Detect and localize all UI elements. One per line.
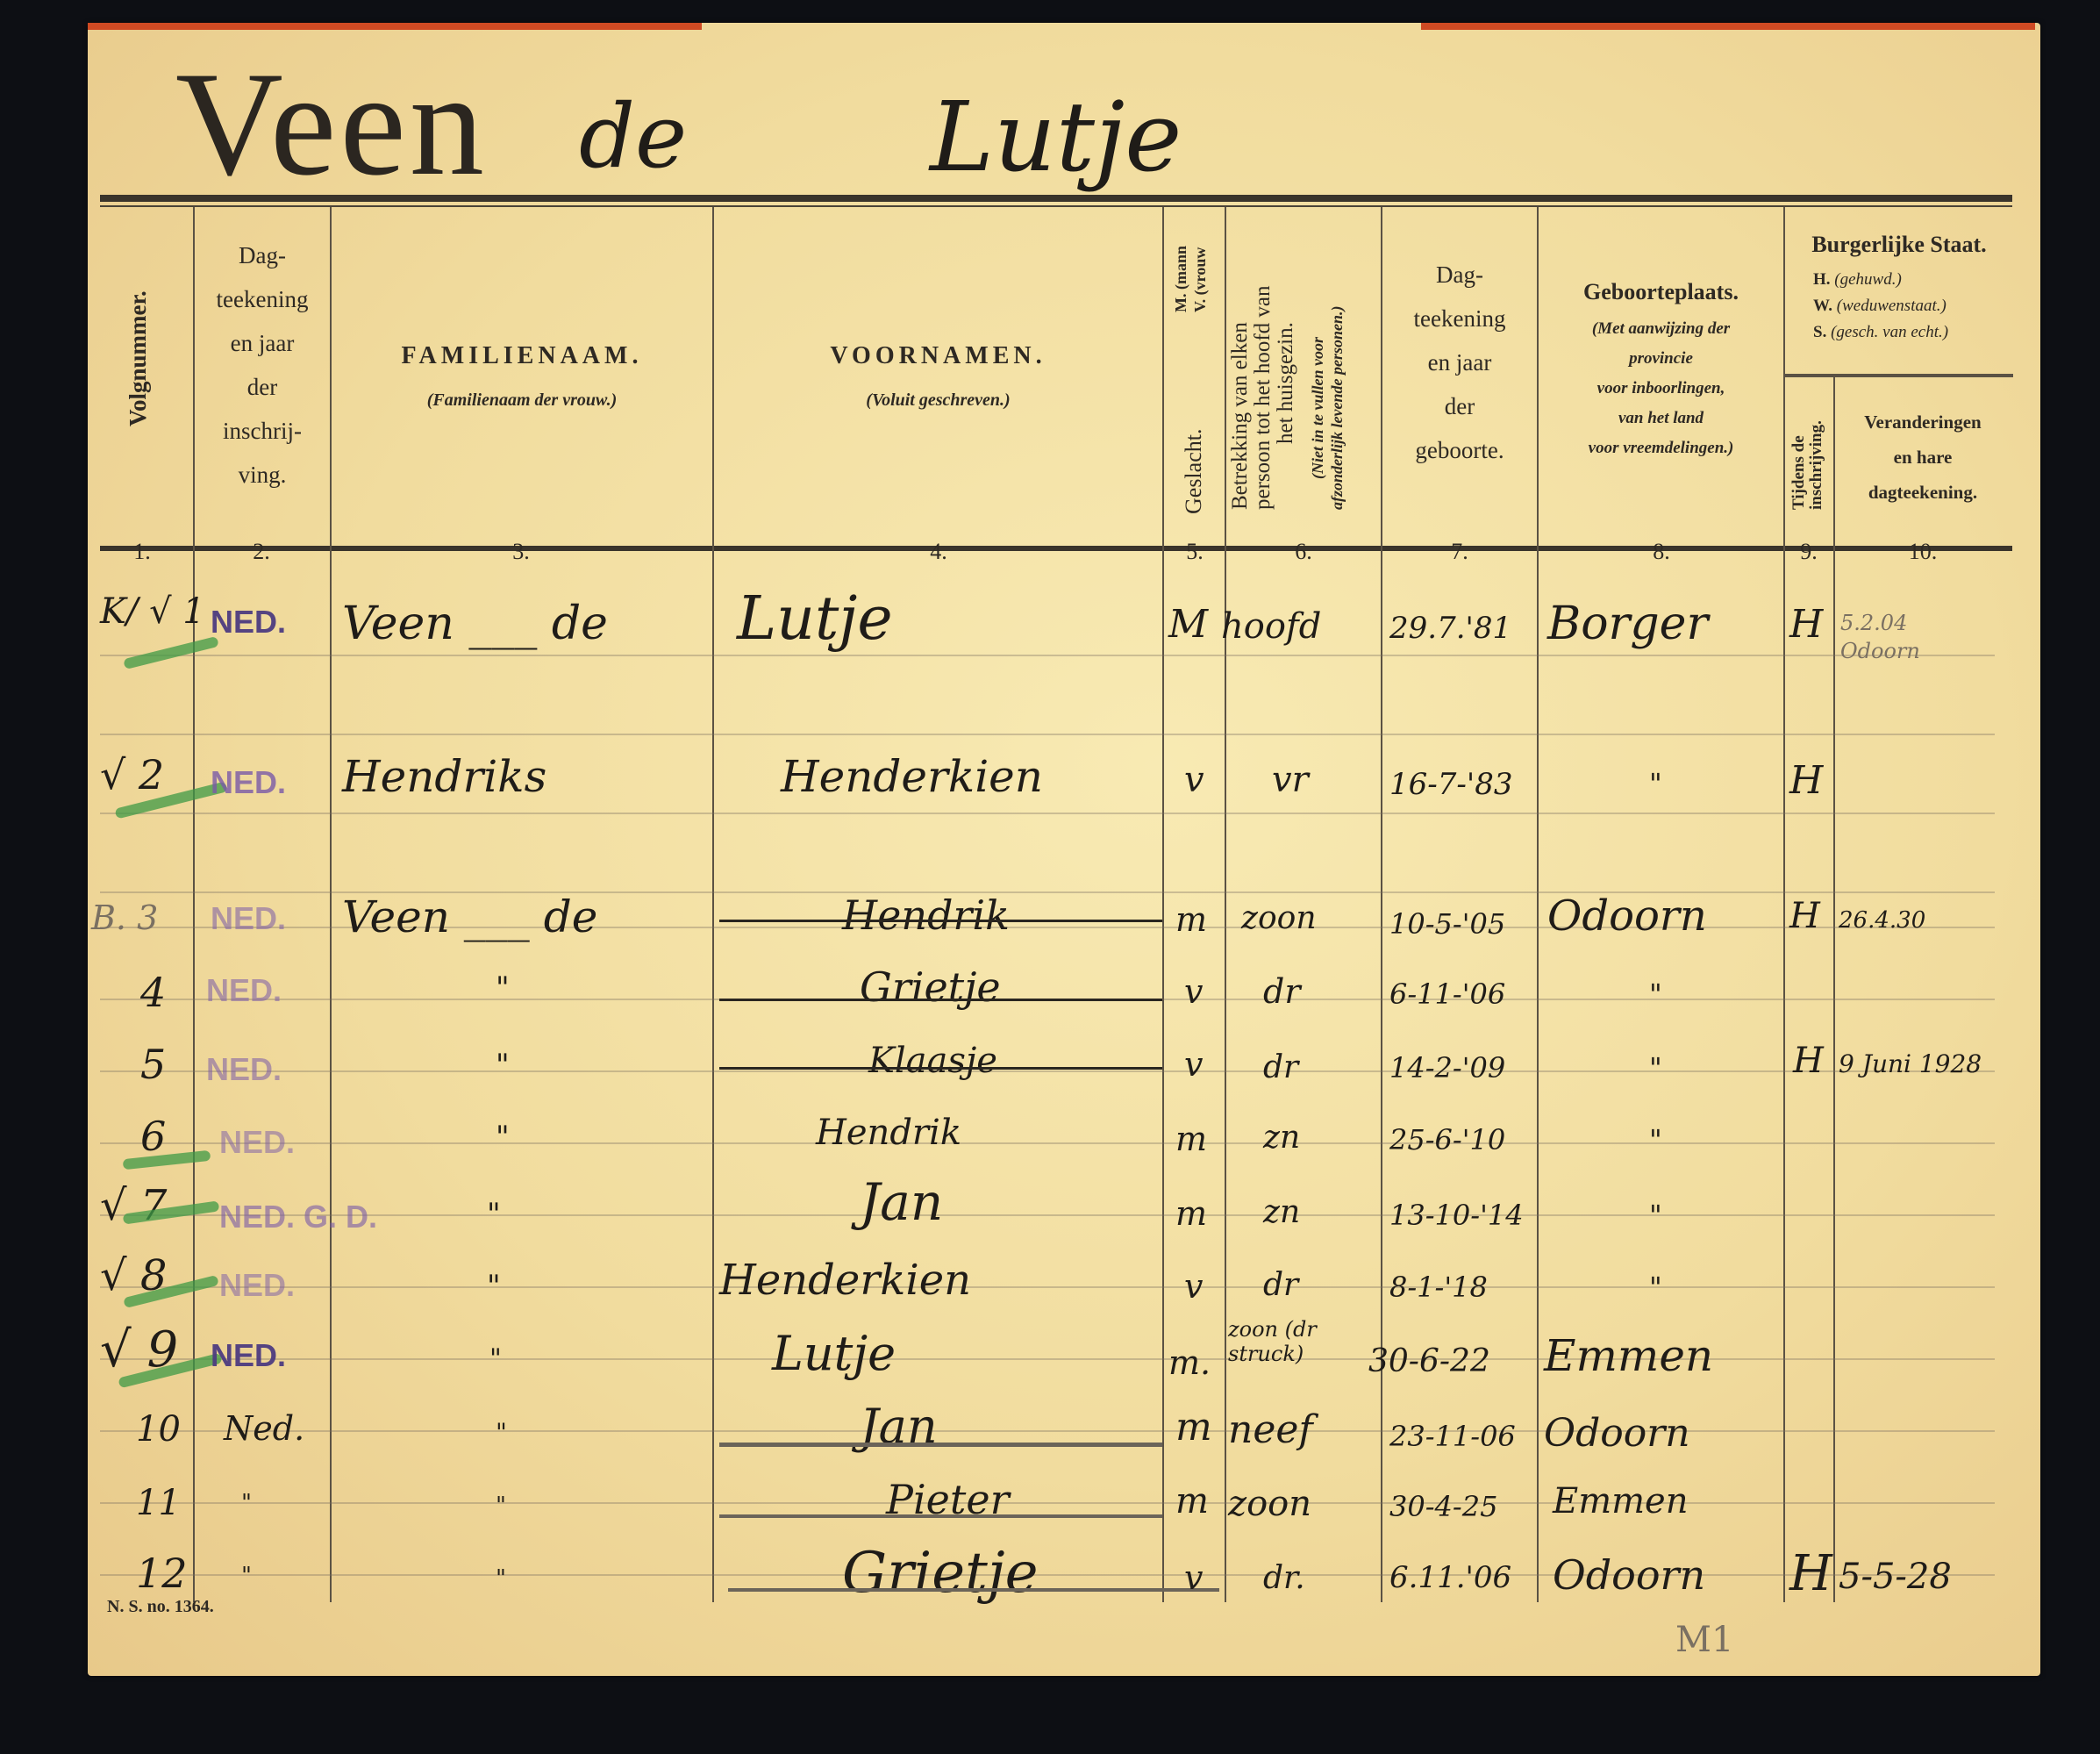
betrekking: dr — [1263, 1267, 1298, 1303]
header-veranderingen: Veranderingen en hare dagteekening. — [1835, 404, 2011, 510]
margin-note: M1 — [1675, 1620, 1733, 1660]
burgerlijke-staat: H — [1789, 896, 1820, 936]
geslacht: m — [1175, 1194, 1207, 1233]
voornamen: Hendrik — [842, 891, 1010, 939]
betrekking: zoon — [1241, 900, 1317, 936]
header-geslacht-v: V. (vrouw — [1191, 247, 1210, 312]
familienaam: " — [496, 1418, 507, 1447]
veranderingen: 9 Juni 1928 — [1839, 1049, 1982, 1078]
header-betrekking-2: persoon tot het hoofd van — [1251, 285, 1275, 510]
green-check-mark — [123, 636, 219, 669]
geboortedatum: 6-11-'06 — [1389, 977, 1505, 1011]
betrekking: dr — [1263, 972, 1301, 1011]
row-line — [100, 1502, 1995, 1504]
voornamen: Grietje — [860, 963, 1001, 1011]
row-number: B. 3 — [91, 898, 158, 937]
familienaam: " — [489, 1343, 502, 1374]
green-check-mark — [123, 1150, 211, 1170]
nationality-handwritten: " — [241, 1563, 252, 1589]
nationality-stamp: NED. — [219, 1124, 295, 1161]
veranderingen: 5-5-28 — [1839, 1557, 1952, 1597]
row-line — [100, 1430, 1995, 1432]
betrekking: zoon (dr struck) — [1228, 1317, 1360, 1366]
geslacht: v — [1184, 1558, 1203, 1597]
row-number: 5 — [140, 1041, 166, 1088]
voornamen: Jan — [860, 1172, 943, 1232]
header-betrekking-note-2: afzonderlijk levende personen.) — [1328, 306, 1346, 510]
row-number: K/ √ 1 — [100, 591, 205, 632]
familienaam: " — [487, 1197, 501, 1232]
veranderingen: 5.2.04 Odoorn — [1840, 609, 1989, 665]
geslacht: m — [1175, 1481, 1209, 1521]
burgerlijke-staat: H — [1789, 1545, 1832, 1602]
geslacht: M — [1168, 602, 1208, 647]
row-number: 12 — [136, 1550, 188, 1597]
header-top-rule — [100, 195, 2012, 202]
geboortedatum: 30-6-22 — [1368, 1343, 1490, 1379]
header-betrekking-1: Betrekking van elken — [1228, 322, 1253, 510]
column-number: 8. — [1653, 539, 1670, 565]
column-number: 6. — [1295, 539, 1312, 565]
voornamen: Lutje — [772, 1326, 896, 1381]
familienaam: " — [496, 1493, 506, 1519]
row-number: 10 — [136, 1409, 181, 1450]
nationality-stamp: NED. — [206, 1051, 282, 1088]
geboorteplaats: " — [1649, 767, 1662, 800]
veranderingen: 26.4.30 — [1839, 907, 1925, 934]
strike-through-line — [719, 999, 1162, 1001]
nationality-handwritten: " — [241, 1490, 252, 1516]
familienaam: " — [487, 1269, 501, 1304]
header-volgnummer: Volgnummer. — [125, 290, 152, 426]
nationality-stamp: NED. G. D. — [219, 1199, 377, 1235]
voornamen: Hendrik — [816, 1113, 961, 1153]
familienaam: " — [496, 1048, 510, 1083]
geslacht: m. — [1168, 1343, 1211, 1382]
betrekking: zoon — [1228, 1484, 1311, 1524]
geboortedatum: 6.11.'06 — [1389, 1560, 1511, 1595]
row-line — [100, 1070, 1995, 1072]
familienaam: Veen ___ de — [342, 891, 597, 942]
header-betrekking-3: het huisgezin. — [1274, 322, 1298, 444]
column-number: 3. — [512, 539, 530, 565]
familienaam: Hendriks — [342, 751, 546, 802]
geboorteplaats: Emmen — [1553, 1481, 1689, 1521]
voornamen: Klaasje — [868, 1041, 997, 1081]
betrekking: dr — [1263, 1049, 1298, 1085]
nationality-stamp: NED. — [206, 972, 282, 1009]
card-title-name: Lutje — [930, 89, 1182, 185]
betrekking: neef — [1228, 1407, 1313, 1452]
geslacht: v — [1184, 972, 1203, 1011]
burgerlijke-staat: H — [1793, 1041, 1824, 1081]
betrekking: zn — [1263, 1120, 1300, 1156]
header-voornamen: VOORNAMEN. (Voluit geschreven.) — [714, 334, 1162, 422]
row-number: √ 2 — [100, 751, 164, 798]
geslacht: v — [1184, 1267, 1203, 1306]
header-geslacht: Geslacht. — [1181, 429, 1207, 514]
column-number: 5. — [1186, 539, 1204, 565]
geboorteplaats: Odoorn — [1544, 1411, 1690, 1456]
nationality-stamp: NED. — [219, 1267, 295, 1304]
geslacht: m — [1175, 1405, 1212, 1450]
geslacht: v — [1184, 1045, 1203, 1084]
red-tab-right — [1421, 23, 2035, 30]
header-betrekking-note-1: (Niet in te vullen voor — [1309, 337, 1327, 479]
column-number: 9. — [1800, 539, 1818, 565]
row-line — [100, 1142, 1995, 1144]
row-line — [100, 655, 1995, 656]
column-number: 4. — [930, 539, 947, 565]
betrekking: vr — [1272, 760, 1309, 800]
header-familienaam: FAMILIENAAM. (Familienaam der vrouw.) — [332, 334, 712, 422]
header-top-rule-thin — [100, 205, 2012, 207]
geboorteplaats: Borger — [1547, 598, 1708, 650]
geboortedatum: 10-5-'05 — [1389, 907, 1505, 941]
familienaam: " — [496, 970, 510, 1006]
strike-through-line — [719, 1514, 1162, 1518]
geboorteplaats: Odoorn — [1553, 1551, 1705, 1599]
geboorteplaats: " — [1649, 1199, 1662, 1232]
geboortedatum: 29.7.'81 — [1389, 611, 1511, 646]
geboortedatum: 8-1-'18 — [1389, 1271, 1488, 1304]
geslacht: m — [1175, 1120, 1207, 1158]
form-code: N. S. no. 1364. — [107, 1597, 214, 1617]
geboorteplaats: Odoorn — [1547, 891, 1707, 941]
nationality-handwritten: Ned. — [224, 1409, 304, 1448]
population-register-card: Veen de Lutje Volgnummer. Dag- teekening… — [88, 23, 2040, 1676]
row-number: 4 — [140, 969, 166, 1016]
geboorteplaats: " — [1649, 977, 1662, 1011]
geboortedatum: 16-7-'83 — [1389, 767, 1512, 802]
column-number: 10. — [1909, 539, 1938, 565]
voornamen: Henderkien — [781, 751, 1043, 802]
geboorteplaats: " — [1649, 1051, 1662, 1085]
betrekking: hoofd — [1221, 606, 1321, 647]
nationality-stamp: NED. — [211, 604, 286, 641]
geboortedatum: 30-4-25 — [1389, 1490, 1497, 1523]
geboortedatum: 25-6-'10 — [1389, 1123, 1505, 1156]
geslacht: v — [1184, 760, 1204, 800]
geboortedatum: 13-10-'14 — [1389, 1199, 1524, 1232]
row-line — [100, 1286, 1995, 1288]
betrekking: zn — [1263, 1194, 1300, 1230]
col-divider — [1833, 376, 1835, 1602]
header-bottom-rule — [100, 546, 2012, 551]
column-number: 2. — [253, 539, 270, 565]
row-line — [100, 1574, 1995, 1576]
nationality-stamp: NED. — [211, 900, 286, 937]
geboortedatum: 14-2-'09 — [1389, 1051, 1505, 1085]
strike-through-line — [719, 920, 1162, 922]
burgerlijke-staat: H — [1789, 758, 1823, 803]
column-number: 7. — [1451, 539, 1468, 565]
nationality-stamp: NED. — [211, 764, 286, 801]
header-geslacht-m: M. (mann — [1172, 246, 1190, 312]
header-burgerlijke-staat: Burgerlijke Staat. H. (gehuwd.) W. (wedu… — [1785, 223, 2013, 346]
familienaam: Veen ___ de — [342, 598, 608, 650]
col-divider — [1783, 207, 1785, 1602]
geboortedatum: 23-11-06 — [1389, 1420, 1516, 1453]
header-dagteekening-geboorte: Dag- teekening en jaar der geboorte. — [1382, 253, 1537, 472]
strike-through-line — [719, 1443, 1162, 1447]
strike-through-line — [728, 1588, 1219, 1592]
geboorteplaats: " — [1649, 1123, 1662, 1156]
voornamen: Grietje — [842, 1541, 1039, 1606]
header-dagteekening-inschrijving: Dag- teekening en jaar der inschrij- vin… — [195, 233, 330, 497]
betrekking: dr. — [1263, 1560, 1305, 1596]
card-title-printed: Veen — [175, 49, 488, 198]
staat-sub-rule — [1783, 374, 2013, 377]
familienaam: " — [496, 1565, 506, 1592]
voornamen: Lutje — [737, 584, 893, 654]
familienaam: " — [496, 1120, 510, 1155]
row-line — [100, 734, 1995, 735]
card-title-prefix: de — [579, 93, 687, 181]
burgerlijke-staat: H — [1789, 602, 1823, 647]
row-number: 6 — [140, 1113, 166, 1160]
geboorteplaats: Emmen — [1544, 1330, 1713, 1381]
nationality-stamp: NED. — [211, 1337, 286, 1374]
voornamen: Henderkien — [719, 1256, 971, 1305]
header-tijdens-1: Tijdens de — [1789, 435, 1809, 510]
geslacht: m — [1175, 900, 1207, 939]
col-divider — [1162, 207, 1164, 1602]
header-tijdens-2: inschrijving. — [1807, 420, 1826, 510]
red-tab-left — [88, 23, 702, 30]
row-number: 11 — [136, 1483, 181, 1523]
geboorteplaats: " — [1649, 1271, 1662, 1304]
column-number: 1. — [133, 539, 151, 565]
strike-through-line — [719, 1067, 1162, 1070]
row-line — [100, 813, 1995, 814]
row-line — [100, 1214, 1995, 1216]
header-geboorteplaats: Geboorteplaats. (Met aanwijzing der prov… — [1539, 270, 1783, 463]
col-divider — [1225, 207, 1226, 1602]
